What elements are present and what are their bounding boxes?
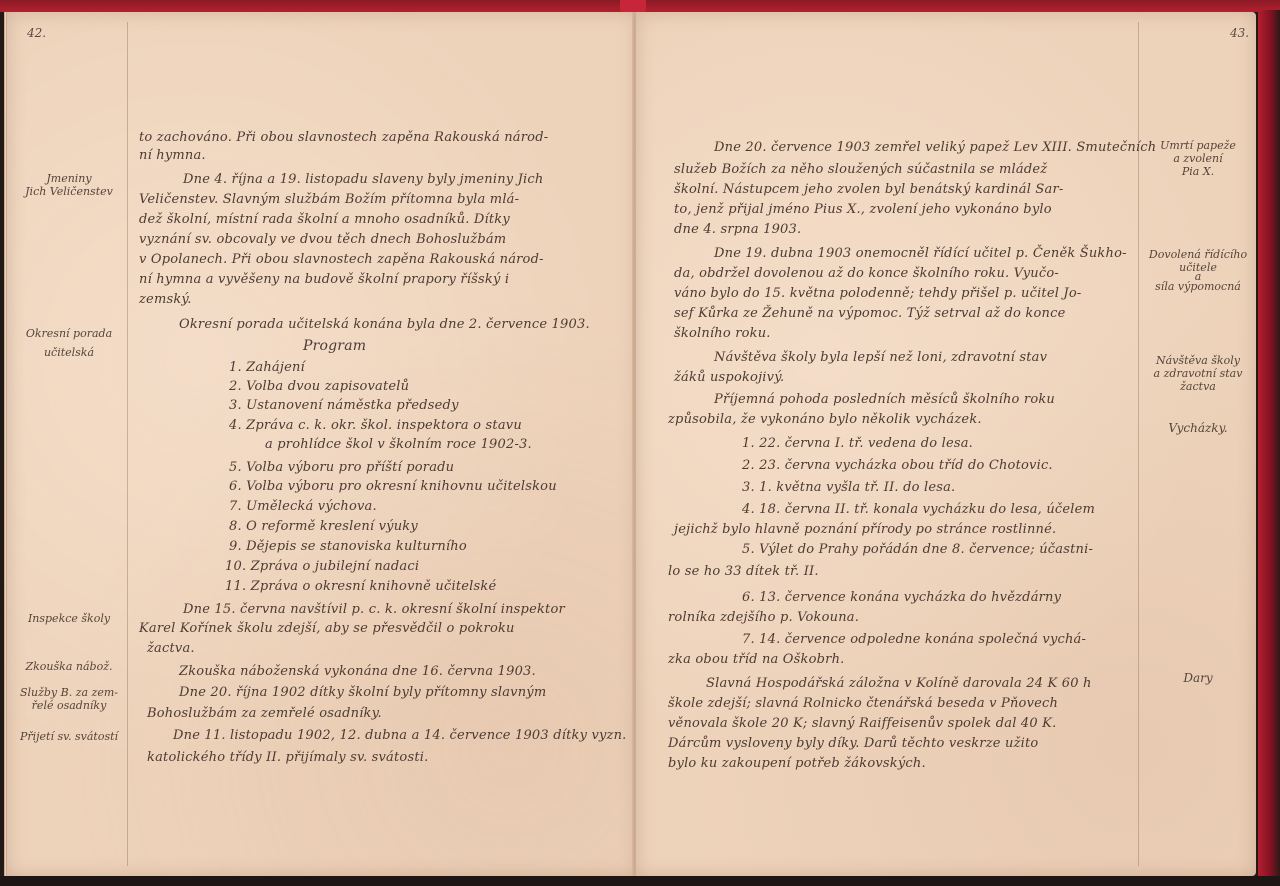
margin-note-line: síla výpomocná xyxy=(1142,280,1254,293)
margin-note-line: Jich Veličenstev xyxy=(13,185,125,198)
margin-note-line: Pia X. xyxy=(1142,165,1254,178)
program-item: 11. Zpráva o okresní knihovně učitelské xyxy=(225,579,496,595)
text-line: Dne 20. července 1903 zemřel veliký pape… xyxy=(714,140,1156,156)
text-line: Bohoslužbám za zemřelé osadníky. xyxy=(147,706,382,722)
excursion-item: 4. 18. června II. tř. konala vycházku do… xyxy=(742,502,1095,518)
margin-note-teacher-conference: Okresní porada učitelská xyxy=(13,327,125,359)
book-scan: 42. Jmeniny Jich Veličenstev Okresní por… xyxy=(0,0,1280,886)
text-line: to, jenž přijal jméno Pius X., zvolení j… xyxy=(674,202,1052,218)
text-line: sef Kůrka ze Žehuně na výpomoc. Týž setr… xyxy=(674,306,1065,322)
excursion-item: 7. 14. července odpoledne konána společn… xyxy=(742,632,1086,648)
excursion-item: rolníka zdejšího p. Vokouna. xyxy=(668,610,859,626)
margin-note-memorial-service: Služby B. za zem- řelé osadníky xyxy=(13,686,125,712)
left-page: 42. Jmeniny Jich Veličenstev Okresní por… xyxy=(4,12,637,876)
program-item: 4. Zpráva c. k. okr. škol. inspektora o … xyxy=(229,418,522,434)
excursion-item: lo se ho 33 dítek tř. II. xyxy=(668,564,819,580)
text-line: v Opolanech. Při obou slavnostech zapěna… xyxy=(139,252,544,268)
margin-note-line: Návštěva školy xyxy=(1142,354,1254,367)
page-number-left: 42. xyxy=(27,26,46,40)
book-cover-right-edge xyxy=(1258,10,1280,876)
excursion-item: 3. 1. května vyšla tř. II. do lesa. xyxy=(742,480,955,496)
text-line: Dne 11. listopadu 1902, 12. dubna a 14. … xyxy=(173,728,627,744)
margin-note-religion-exam: Zkouška nábož. xyxy=(13,660,125,673)
text-line: Dne 4. října a 19. listopadu slaveny byl… xyxy=(183,172,543,188)
program-item: 10. Zpráva o jubilejní nadaci xyxy=(225,559,419,575)
margin-note-line: Umrtí papeže xyxy=(1142,139,1254,152)
excursion-item: jejichž bylo hlavně poznání přírody po s… xyxy=(674,522,1056,538)
text-line: Okresní porada učitelská konána byla dne… xyxy=(179,317,590,333)
program-item: a prohlídce škol v školním roce 1902-3. xyxy=(265,437,532,453)
margin-note-donations: Dary xyxy=(1142,672,1254,685)
margin-note-line: a zdravotní stav xyxy=(1142,367,1254,380)
margin-note-leave: Dovolená řídícího učitele a síla výpomoc… xyxy=(1142,248,1254,293)
book-cover-bottom-edge xyxy=(0,876,1280,886)
excursion-item: 5. Výlet do Prahy pořádán dne 8. červenc… xyxy=(742,542,1093,558)
left-page-margin-rule xyxy=(127,22,128,866)
margin-note-line: Dary xyxy=(1142,672,1254,685)
program-item: 7. Umělecká výchova. xyxy=(229,499,377,515)
program-item: 5. Volba výboru pro příští poradu xyxy=(229,460,454,476)
margin-note-line: Zkouška nábož. xyxy=(13,660,125,673)
margin-note-attendance: Návštěva školy a zdravotní stav žactva xyxy=(1142,354,1254,393)
text-line: žactva. xyxy=(147,641,195,657)
donation-line: škole zdejší; slavná Rolnicko čtenářská … xyxy=(668,696,1058,712)
margin-note-line: Inspekce školy xyxy=(13,612,125,625)
margin-note-line: Služby B. za zem- xyxy=(13,686,125,699)
text-line: katolického třídy II. přijímaly sv. svát… xyxy=(147,750,428,766)
margin-note-inspection: Inspekce školy xyxy=(13,612,125,625)
margin-note-line: učitelská xyxy=(13,346,125,359)
program-item: 3. Ustanovení náměstka předsedy xyxy=(229,398,459,414)
text-line: školního roku. xyxy=(674,326,771,342)
margin-note-sacraments: Přijetí sv. svátostí xyxy=(13,730,125,743)
text-line: služeb Božích za něho sloužených súčastn… xyxy=(674,162,1047,178)
donation-line: Dárcům vysloveny byly díky. Darů těchto … xyxy=(668,736,1038,752)
text-line: zemský. xyxy=(139,292,192,308)
margin-note-nameday: Jmeniny Jich Veličenstev xyxy=(13,172,125,198)
margin-note-line: a zvolení xyxy=(1142,152,1254,165)
excursion-item: 2. 23. června vycházka obou tříd do Chot… xyxy=(742,458,1053,474)
margin-note-line: Vycházky. xyxy=(1142,422,1254,435)
text-line: Příjemná pohoda posledních měsíců školní… xyxy=(714,392,1055,408)
program-heading: Program xyxy=(303,338,366,354)
margin-note-line: žactva xyxy=(1142,380,1254,393)
text-line: žáků uspokojivý. xyxy=(674,370,784,386)
text-line: Zkouška náboženská vykonána dne 16. červ… xyxy=(179,664,536,680)
text-line: způsobila, že vykonáno bylo několik vych… xyxy=(668,412,982,428)
margin-note-line: Přijetí sv. svátostí xyxy=(13,730,125,743)
page-number-right: 43. xyxy=(1230,26,1249,40)
program-item: 8. O reformě kreslení výuky xyxy=(229,519,418,535)
text-line: Veličenstev. Slavným službám Božím příto… xyxy=(139,192,519,208)
program-item: 2. Volba dvou zapisovatelů xyxy=(229,379,409,395)
right-page: 43. Umrtí papeže a zvolení Pia X. Dovole… xyxy=(636,12,1256,876)
excursion-item: 1. 22. června I. tř. vedena do lesa. xyxy=(742,436,973,452)
text-line: vyznání sv. obcovaly ve dvou těch dnech … xyxy=(139,232,506,248)
text-line: Karel Kořínek školu zdejší, aby se přesv… xyxy=(139,621,515,637)
text-line: Návštěva školy byla lepší než loni, zdra… xyxy=(714,350,1047,366)
text-line: dež školní, místní rada školní a mnoho o… xyxy=(139,212,510,228)
margin-note-line: řelé osadníky xyxy=(13,699,125,712)
program-item: 1. Zahájení xyxy=(229,360,305,376)
text-line: to zachováno. Při obou slavnostech zapěn… xyxy=(139,130,548,146)
text-line: Dne 20. října 1902 dítky školní byly pří… xyxy=(179,685,546,701)
margin-note-line: Okresní porada xyxy=(13,327,125,340)
text-line: dne 4. srpna 1903. xyxy=(674,222,801,238)
text-line: Dne 19. dubna 1903 onemocněl řídící učit… xyxy=(714,246,1127,262)
text-line: da, obdržel dovolenou až do konce školní… xyxy=(674,266,1059,282)
program-item: 6. Volba výboru pro okresní knihovnu uči… xyxy=(229,479,557,495)
text-line: váno bylo do 15. května polodenně; tehdy… xyxy=(674,286,1081,302)
margin-note-line: Jmeniny xyxy=(13,172,125,185)
donation-line: bylo ku zakoupení potřeb žákovských. xyxy=(668,756,926,772)
program-item: 9. Dějepis se stanoviska kulturního xyxy=(229,539,467,555)
donation-line: Slavná Hospodářská záložna v Kolíně daro… xyxy=(706,676,1092,692)
margin-note-line: Dovolená řídícího xyxy=(1142,248,1254,261)
excursion-item: 6. 13. července konána vycházka do hvězd… xyxy=(742,590,1061,606)
text-line: školní. Nástupcem jeho zvolen byl benáts… xyxy=(674,182,1063,198)
excursion-item: zka obou tříd na Oškobrh. xyxy=(668,652,844,668)
margin-note-excursions: Vycházky. xyxy=(1142,422,1254,435)
text-line: ní hymna a vyvěšeny na budově školní pra… xyxy=(139,272,509,288)
donation-line: věnovala škole 20 K; slavný Raiffeisenův… xyxy=(668,716,1056,732)
margin-note-pope: Umrtí papeže a zvolení Pia X. xyxy=(1142,139,1254,178)
text-line: Dne 15. června navštívil p. c. k. okresn… xyxy=(183,602,565,618)
text-line: ní hymna. xyxy=(139,148,206,164)
